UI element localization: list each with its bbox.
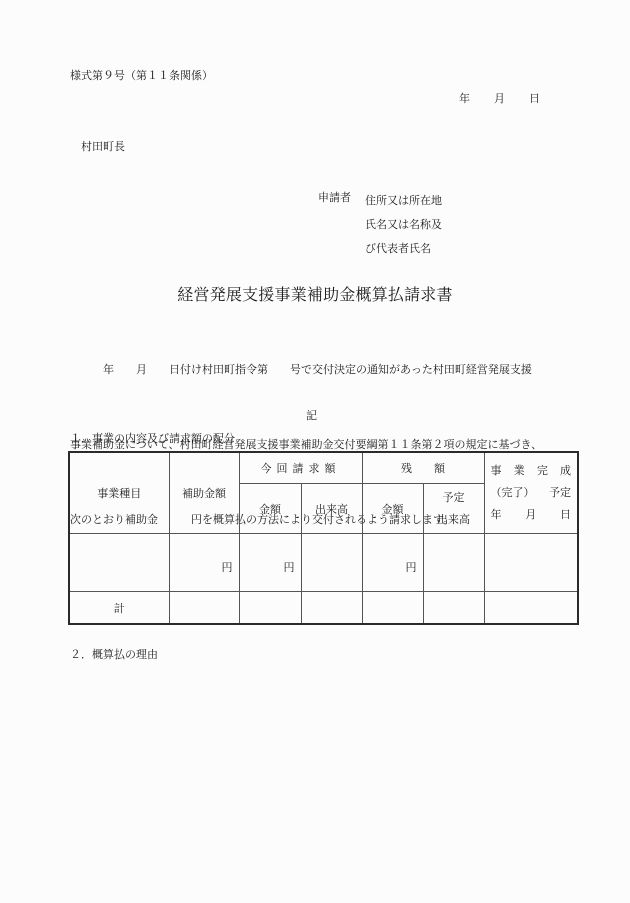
header-completion-date: 事 業 完 成 （完了） 予定 年 月 日 <box>484 452 578 534</box>
document-title: 経営発展支援事業補助金概算払請求書 <box>0 282 630 305</box>
section2-heading: ２．概算払の理由 <box>70 646 158 662</box>
ki-label: 記 <box>306 407 317 423</box>
header-current-request: 今回請求額 <box>239 452 362 484</box>
allocation-table: 事業種目 補助金額 今回請求額 残 額 事 業 完 成 （完了） 予定 年 月 … <box>68 451 579 625</box>
subheader-current-output: 出来高 <box>301 484 362 534</box>
header-remaining: 残 額 <box>362 452 484 484</box>
date-day-label: 日 <box>529 90 540 106</box>
addressee: 村田町長 <box>81 138 125 154</box>
completion-part: （完了） <box>491 482 535 504</box>
completion-day-label: 日 <box>560 504 571 526</box>
total-label: 計 <box>69 592 169 625</box>
cell-business-type[interactable] <box>69 534 169 592</box>
completion-char: 完 <box>537 460 548 482</box>
form-number: 様式第９号（第１１条関係） <box>70 67 213 83</box>
submission-date: 年月日 <box>459 90 540 106</box>
total-remaining-amount[interactable] <box>362 592 423 625</box>
output-label: 出来高 <box>424 509 484 531</box>
table-total-row: 計 <box>69 592 578 625</box>
applicant-name-label-2: び代表者氏名 <box>365 237 442 261</box>
body-line-1: 年 月 日付け村田町指令第 号で交付決定の通知があった村田町経営発展支援 <box>70 357 542 382</box>
cell-remaining-amount[interactable]: 円 <box>362 534 423 592</box>
cell-current-output[interactable] <box>301 534 362 592</box>
total-subsidy-amount[interactable] <box>169 592 239 625</box>
date-month-label: 月 <box>494 90 505 106</box>
date-year-label: 年 <box>459 90 470 106</box>
cell-remaining-planned[interactable] <box>423 534 484 592</box>
completion-char: 業 <box>514 460 525 482</box>
subheader-remaining-amount: 金額 <box>362 484 423 534</box>
completion-month-label: 月 <box>525 504 536 526</box>
completion-line-2: （完了） 予定 <box>491 482 572 504</box>
table-header-row: 事業種目 補助金額 今回請求額 残 額 事 業 完 成 （完了） 予定 年 月 … <box>69 452 578 484</box>
completion-line-3: 年 月 日 <box>491 504 572 526</box>
cell-current-amount[interactable]: 円 <box>239 534 301 592</box>
completion-char: 成 <box>560 460 571 482</box>
completion-char: 事 <box>491 460 502 482</box>
completion-line-1: 事 業 完 成 <box>491 460 572 482</box>
applicant-address-label: 住所又は所在地 <box>365 189 442 213</box>
planned-label: 予定 <box>424 487 484 509</box>
header-subsidy-amount: 補助金額 <box>169 452 239 534</box>
total-completion-date[interactable] <box>484 592 578 625</box>
total-current-output[interactable] <box>301 592 362 625</box>
applicant-name-label-1: 氏名又は名称及 <box>365 213 442 237</box>
header-business-type: 事業種目 <box>69 452 169 534</box>
applicant-label: 申請者 <box>318 189 351 205</box>
completion-part: 予定 <box>549 482 571 504</box>
completion-year-label: 年 <box>491 504 502 526</box>
section1-heading: １．事業の内容及び請求額の配分 <box>70 430 235 446</box>
total-remaining-planned[interactable] <box>423 592 484 625</box>
cell-completion-date[interactable] <box>484 534 578 592</box>
table-row: 円 円 円 <box>69 534 578 592</box>
subheader-current-amount: 金額 <box>239 484 301 534</box>
total-current-amount[interactable] <box>239 592 301 625</box>
cell-subsidy-amount[interactable]: 円 <box>169 534 239 592</box>
applicant-fields: 住所又は所在地 氏名又は名称及 び代表者氏名 <box>365 189 442 261</box>
subheader-remaining-planned: 予定 出来高 <box>423 484 484 534</box>
